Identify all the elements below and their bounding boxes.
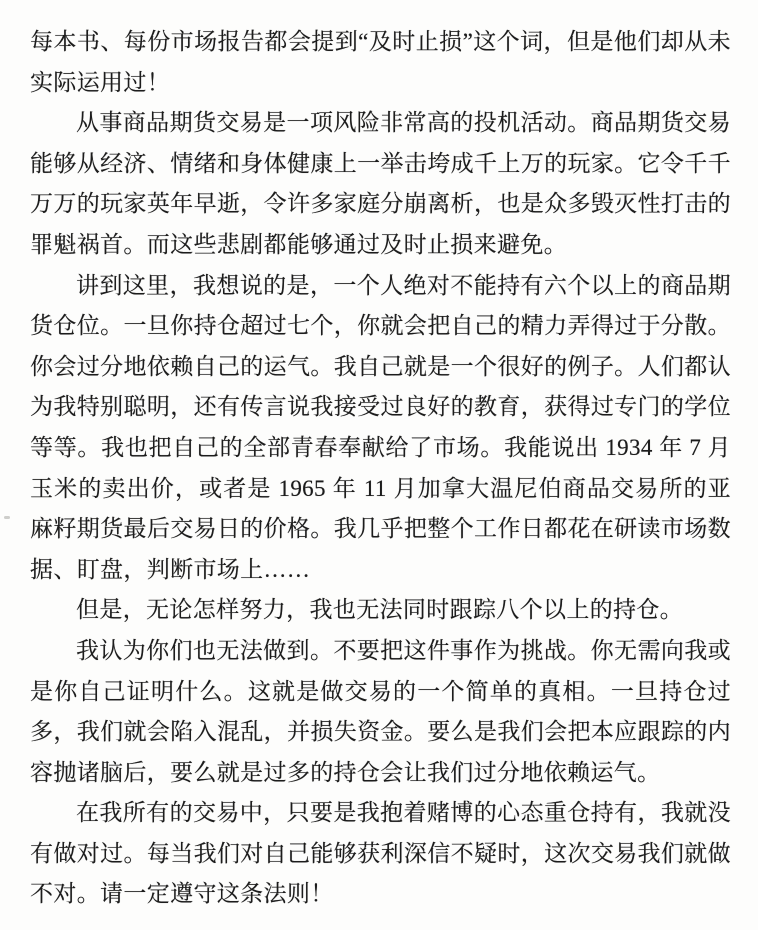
book-page: 每本书、每份市场报告都会提到“及时止损”这个词，但是他们却从未实际运用过！ 从事… [0, 0, 758, 930]
scan-artifact [4, 516, 10, 519]
paragraph: 我认为你们也无法做到。不要把这件事作为挑战。你无需向我或是你自己证明什么。这就是… [30, 631, 731, 793]
paragraph: 在我所有的交易中，只要是我抱着赌博的心态重仓持有，我就没有做对过。每当我们对自己… [30, 793, 731, 915]
body-text: 每本书、每份市场报告都会提到“及时止损”这个词，但是他们却从未实际运用过！ 从事… [30, 22, 731, 915]
paragraph: 讲到这里，我想说的是，一个人绝对不能持有六个以上的商品期货仓位。一旦你持仓超过七… [30, 266, 731, 591]
paragraph: 但是，无论怎样努力，我也无法同时跟踪八个以上的持仓。 [30, 590, 731, 631]
paragraph-continuation: 每本书、每份市场报告都会提到“及时止损”这个词，但是他们却从未实际运用过！ [30, 22, 731, 103]
paragraph: 从事商品期货交易是一项风险非常高的投机活动。商品期货交易能够从经济、情绪和身体健… [30, 103, 731, 265]
